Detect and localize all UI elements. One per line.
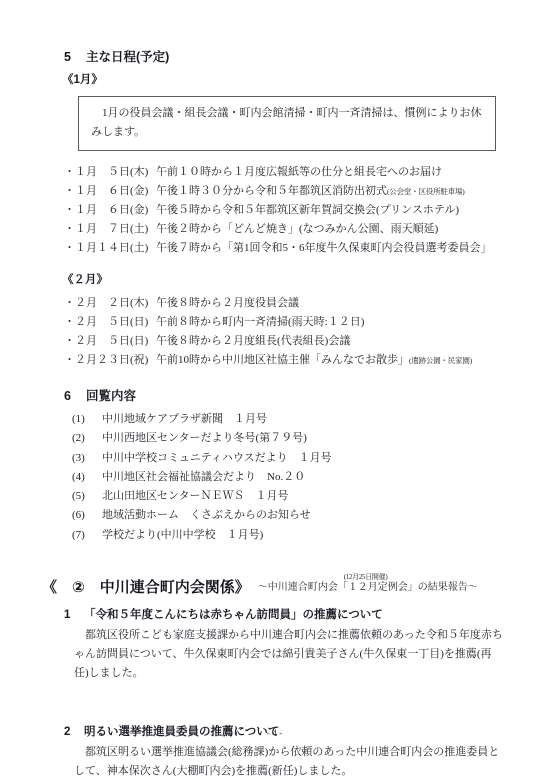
event-text: 午後８時から２月度役員会議 [156,297,299,309]
event-date: ・１月 ７日(土) [64,220,156,239]
nakagawa-item-1-title-text: 「令和５年度こんにちは赤ちゃん訪問員」の推薦について [84,606,383,625]
january-notice-text: 1月の役員会議・組長会議・町内会館清掃・町内一斉清掃は、慣例によりお休みします。 [91,104,483,142]
schedule-section-heading: 5 主な日程(予定) [64,48,505,67]
event-date: ・１月 ５日(木) [64,163,156,182]
schedule-event-row: ・２月 ５日(日) 午後８時から２月度組長(代表組長)会議 [64,332,505,351]
circulation-item-text: 中川西地区センターだより冬号(第７９号) [102,429,307,448]
circulation-item-number: (7) [72,526,102,545]
schedule-event-row: ・１月 ７日(土) 午後２時から「どんど焼き」(なつみかん公園、雨天順延) [64,220,505,239]
document-page: 5 主な日程(予定) 《1月》 1月の役員会議・組長会議・町内会館清掃・町内一斉… [0,0,549,776]
circulation-item: (1) 中川地域ケアプラザ新聞 １月号 [64,410,505,429]
circulation-item: (6) 地域活動ホーム くさぶえからのお知らせ [64,506,505,525]
event-text: 午前８時から町内一斉清掃(雨天時:１２日) [156,316,364,328]
january-notice-box: 1月の役員会議・組長会議・町内会館清掃・町内一斉清掃は、慣例によりお休みします。 [78,96,496,151]
event-date: ・１月 ６日(金) [64,201,156,220]
event-note: (遺跡公園・民家園) [409,356,472,365]
schedule-event-row: ・２月 ５日(日) 午前８時から町内一斉清掃(雨天時:１２日) [64,313,505,332]
circulation-item: (2) 中川西地区センターだより冬号(第７９号) [64,429,505,448]
circulation-item: (5) 北山田地区センターＮＥＷＳ １月号 [64,487,505,506]
month-label-february: 《２月》 [62,271,505,290]
circulation-item-number: (2) [72,429,102,448]
circulation-item-text: 北山田地区センターＮＥＷＳ １月号 [102,487,289,506]
circulation-item-number: (5) [72,487,102,506]
schedule-section-number: 5 [64,48,86,67]
circulation-item-text: 学校だより(中川中学校 １月号) [102,526,263,545]
event-date: ・２月 ２日(木) [64,294,156,313]
month-label-january: 《1月》 [62,71,505,90]
circulation-item-text: 中川地域ケアプラザ新聞 １月号 [102,410,267,429]
circulation-item: (4) 中川地区社会福祉協議会だより No.２０ [64,468,505,487]
event-date: ・２月 ５日(日) [64,332,156,351]
nakagawa-result-note-wrap: (12月25日開催) ～中川連合町内会「１２月定例会」の結果報告～ [258,569,478,597]
circulation-item: (7) 学校だより(中川中学校 １月号) [64,526,505,545]
nakagawa-item-1-title: 1 「令和５年度こんにちは赤ちゃん訪問員」の推薦について [64,606,505,625]
circulation-section-title: 回覧内容 [86,387,136,406]
schedule-event-row: ・２月 ２日(木) 午後８時から２月度役員会議 [64,294,505,313]
event-date: ・１月１４日(土) [64,239,156,258]
nakagawa-section-title: 《 ② 中川連合町内会関係》 [42,578,250,597]
event-text: 午後２時から「どんど焼き」(なつみかん公園、雨天順延) [156,223,438,235]
schedule-section-title: 主な日程(予定) [86,48,169,67]
circulation-item-text: 中川地区社会福祉協議会だより No.２０ [102,468,305,487]
circulation-item-number: (6) [72,506,102,525]
schedule-event-row: ・１月 ６日(金) 午後５時から令和５年都筑区新年賀詞交換会(プリンスホテル) [64,201,505,220]
circulation-item-text: 地域活動ホーム くさぶえからのお知らせ [102,506,311,525]
schedule-event-row: ・２月２３日(祝) 午前10時から中川地区社協主催「みんなでお散歩」(遺跡公園・… [64,351,505,370]
circulation-item-number: (4) [72,468,102,487]
event-text: 午前１０時から１月度広報紙等の仕分と組長宅へのお届け [156,166,442,178]
nakagawa-item-1-number: 1 [64,606,84,625]
circulation-item: (3) 中川中学校コミュニティハウスだより １月号 [64,449,505,468]
event-text: 午後７時から「第1回令和5・6年度牛久保東町内会役員選考委員会」 [156,242,492,254]
event-note: (公会堂・区役所駐車場) [387,187,465,196]
event-date: ・２月２３日(祝) [64,351,156,370]
schedule-event-row: ・１月 ６日(金) 午後１時３０分から令和５年都筑区消防出初式(公会堂・区役所駐… [64,182,505,201]
event-text: 午前10時から中川地区社協主催「みんなでお散歩」 [156,354,409,366]
nakagawa-item-1-body: 都筑区役所こども家庭支援課から中川連合町内会に推薦依頼のあった令和５年度赤ちゃん… [74,626,506,683]
event-text: 午後８時から２月度組長(代表組長)会議 [156,335,350,347]
event-text: 午後５時から令和５年都筑区新年賀詞交換会(プリンスホテル) [156,204,459,216]
page-number: - 4 - [0,725,549,744]
schedule-event-row: ・１月 ５日(木) 午前１０時から１月度広報紙等の仕分と組長宅へのお届け [64,163,505,182]
nakagawa-section-heading: 《 ② 中川連合町内会関係》 (12月25日開催) ～中川連合町内会「１２月定例… [42,569,505,597]
schedule-event-row: ・１月１４日(土) 午後７時から「第1回令和5・6年度牛久保東町内会役員選考委員… [64,239,505,258]
circulation-section-heading: 6 回覧内容 [64,387,505,406]
event-date: ・２月 ５日(日) [64,313,156,332]
nakagawa-item-2-body: 都筑区明るい選挙推進協議会(総務課)から依頼のあった中川連合町内会の推進委員とし… [74,743,506,776]
event-date: ・１月 ６日(金) [64,182,156,201]
circulation-section-number: 6 [64,387,86,406]
circulation-item-text: 中川中学校コミュニティハウスだより １月号 [102,449,332,468]
circulation-item-number: (1) [72,410,102,429]
circulation-item-number: (3) [72,449,102,468]
event-text: 午後１時３０分から令和５年都筑区消防出初式 [156,185,387,197]
nakagawa-meeting-date-note: (12月25日開催) [344,568,388,587]
